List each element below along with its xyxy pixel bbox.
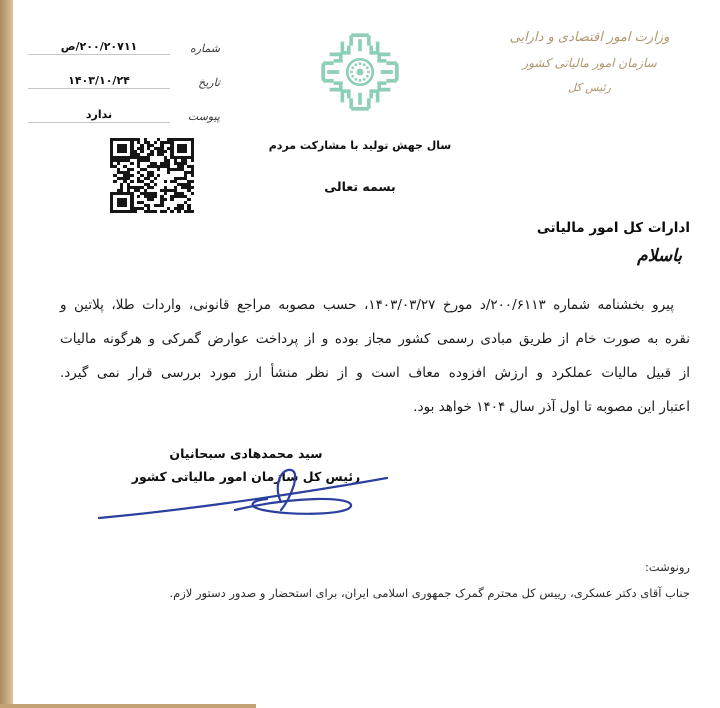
recipient-line: ادارات کل امور مالیاتی	[537, 220, 690, 236]
cc-label: رونوشت:	[645, 560, 690, 574]
desk-background-left-strip	[0, 0, 13, 708]
letterhead-block: وزارت امور اقتصادی و دارایی سازمان امور …	[477, 30, 702, 94]
organization-name: سازمان امور مالیاتی کشور	[477, 56, 702, 70]
body-line: اعتبار این مصوبه تا اول آذر سال ۱۴۰۴ خوا…	[60, 390, 690, 424]
cc-recipient-line: جناب آقای دکتر عسکری، رییس کل محترم گمرک…	[169, 586, 690, 600]
body-line: نقره به صورت خام از طریق مبادی رسمی کشور…	[60, 322, 690, 356]
attachment-value: ندارد	[28, 108, 170, 123]
handwritten-signature	[95, 458, 393, 530]
ministry-name: وزارت امور اقتصادی و دارایی	[477, 30, 702, 45]
letter-page: { "colors": { "logo_green": "#8ed0b5", "…	[0, 0, 720, 708]
tax-organization-emblem-icon	[320, 32, 400, 112]
qr-code-image	[110, 138, 194, 213]
letter-body: پیرو بخشنامه شماره ۲۰۰/۶۱۱۳/د مورخ ۱۴۰۳/…	[60, 288, 690, 424]
meta-row-number: شماره ۲۰۰/۲۰۷۱۱/ص	[28, 34, 220, 55]
desk-background-bottom-strip	[0, 704, 256, 708]
date-label: تاریخ	[170, 76, 220, 89]
body-line: پیرو بخشنامه شماره ۲۰۰/۶۱۱۳/د مورخ ۱۴۰۳/…	[60, 288, 690, 322]
attachment-label: پیوست	[170, 110, 220, 123]
date-value: ۱۴۰۳/۱۰/۲۴	[28, 74, 170, 89]
basmala: بسمه تعالی	[250, 179, 470, 194]
office-name: رئیس کل	[477, 81, 702, 94]
number-label: شماره	[170, 42, 220, 55]
salutation: باسلام	[637, 246, 682, 266]
letter-meta-block: شماره ۲۰۰/۲۰۷۱۱/ص تاریخ ۱۴۰۳/۱۰/۲۴ پیوست…	[28, 34, 220, 136]
year-slogan: سال جهش تولید با مشارکت مردم	[250, 139, 470, 152]
body-line: از قبیل مالیات عملکرد و ارزش افزوده معاف…	[60, 356, 690, 390]
meta-row-attachment: پیوست ندارد	[28, 102, 220, 123]
number-value: ۲۰۰/۲۰۷۱۱/ص	[28, 40, 170, 55]
meta-row-date: تاریخ ۱۴۰۳/۱۰/۲۴	[28, 68, 220, 89]
